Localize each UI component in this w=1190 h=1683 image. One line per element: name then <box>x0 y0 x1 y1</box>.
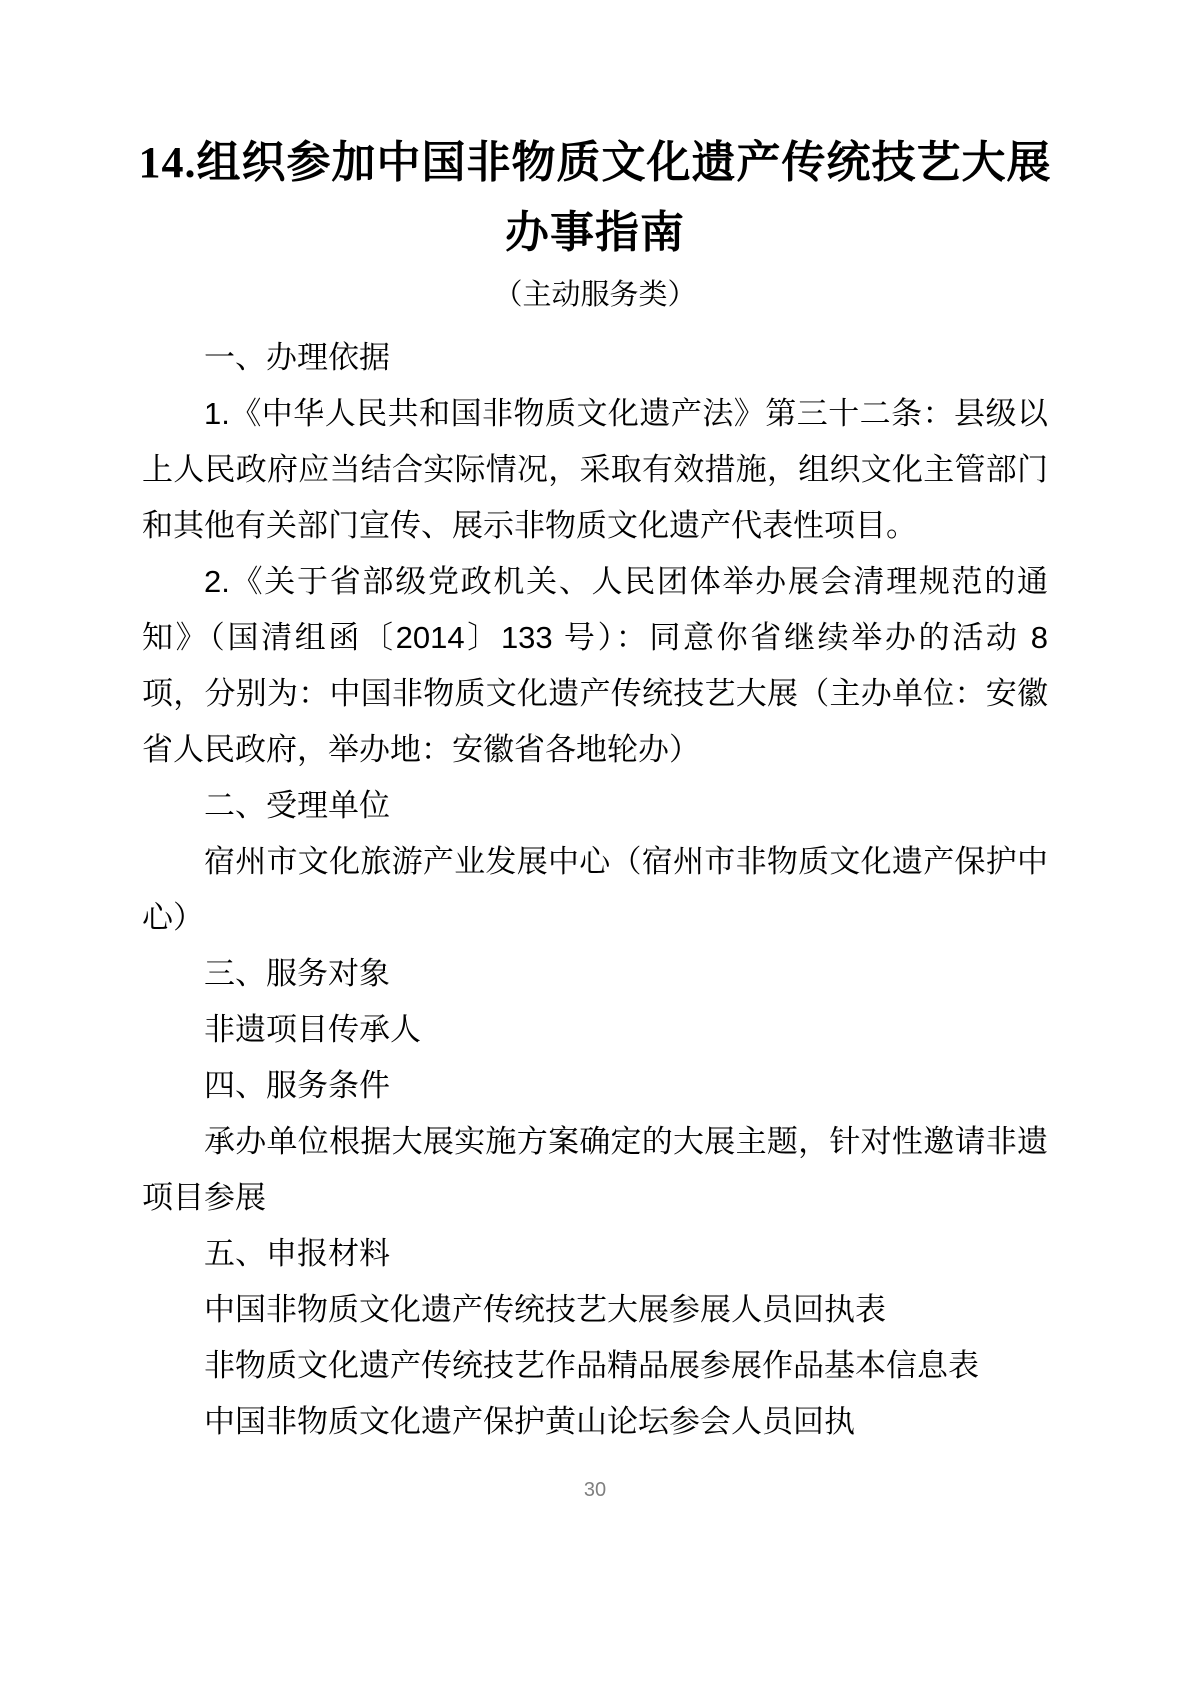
document-title-line1: 14.组织参加中国非物质文化遗产传统技艺大展 <box>0 128 1190 198</box>
paragraph: 二、受理单位 <box>142 778 1048 834</box>
paragraph: 四、服务条件 <box>142 1058 1048 1114</box>
document-page: 14.组织参加中国非物质文化遗产传统技艺大展 办事指南 （主动服务类） 一、办理… <box>0 0 1190 1683</box>
page-number: 30 <box>0 1478 1190 1502</box>
document-subtitle: （主动服务类） <box>0 278 1190 312</box>
paragraph: 承办单位根据大展实施方案确定的大展主题，针对性邀请非遗项目参展 <box>142 1114 1048 1226</box>
paragraph: 五、申报材料 <box>142 1226 1048 1282</box>
paragraph: 中国非物质文化遗产保护黄山论坛参会人员回执 <box>142 1394 1048 1450</box>
paragraph: 非物质文化遗产传统技艺作品精品展参展作品基本信息表 <box>142 1338 1048 1394</box>
document-title-line2: 办事指南 <box>0 198 1190 268</box>
paragraph: 一、办理依据 <box>142 330 1048 386</box>
paragraph: 1.《中华人民共和国非物质文化遗产法》第三十二条：县级以上人民政府应当结合实际情… <box>142 386 1048 554</box>
paragraph: 2.《关于省部级党政机关、人民团体举办展会清理规范的通知》（国清组函〔2014〕… <box>142 554 1048 778</box>
document-body: 一、办理依据1.《中华人民共和国非物质文化遗产法》第三十二条：县级以上人民政府应… <box>142 330 1048 1450</box>
paragraph: 中国非物质文化遗产传统技艺大展参展人员回执表 <box>142 1282 1048 1338</box>
paragraph: 宿州市文化旅游产业发展中心（宿州市非物质文化遗产保护中心） <box>142 834 1048 946</box>
document-title: 14.组织参加中国非物质文化遗产传统技艺大展 办事指南 <box>0 128 1190 268</box>
paragraph: 非遗项目传承人 <box>142 1002 1048 1058</box>
paragraph: 三、服务对象 <box>142 946 1048 1002</box>
